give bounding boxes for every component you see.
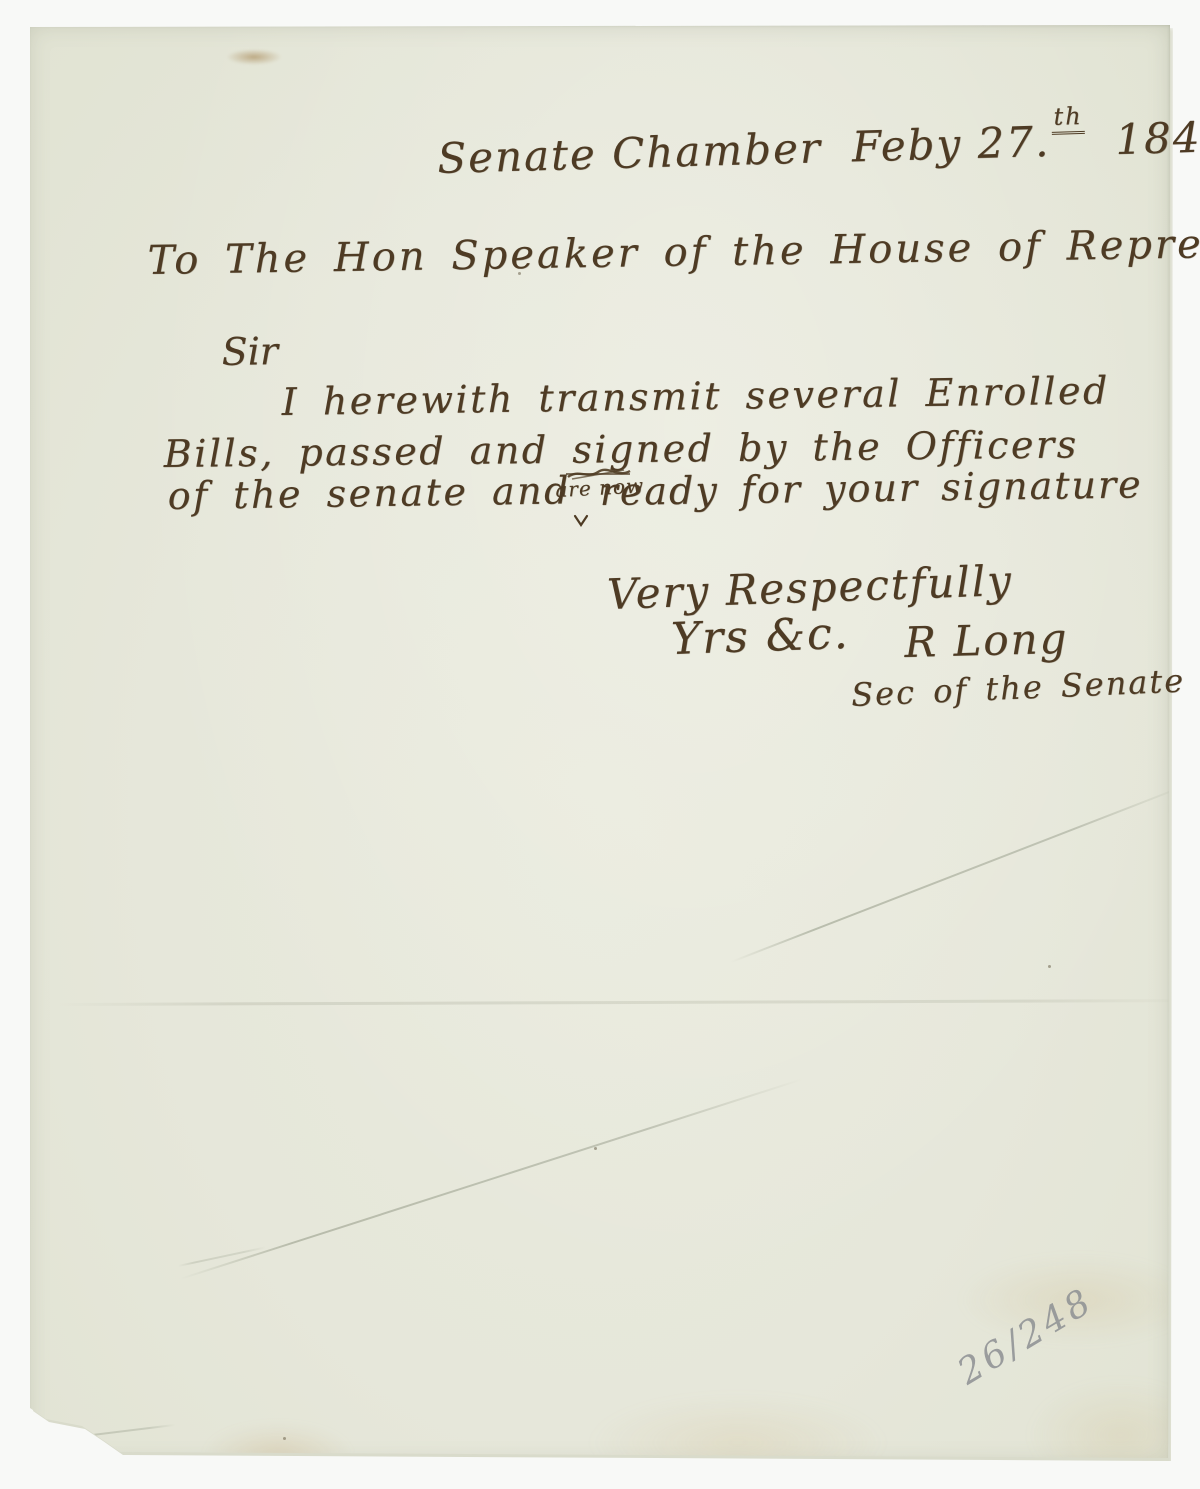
dateline-ordinal: th	[1051, 102, 1085, 135]
dateline-year: 1843	[1115, 112, 1200, 164]
closing-line-2: Yrs &c.	[670, 608, 850, 665]
horizontal-fold-line	[58, 999, 1196, 1006]
ink-speck	[1048, 965, 1051, 968]
ink-speck	[594, 1147, 597, 1150]
signature: R Long	[904, 614, 1069, 667]
ink-speck	[283, 1437, 286, 1440]
scanned-letter-page: { "document": { "dateline": { "place": "…	[0, 0, 1200, 1489]
insertion-caret-icon	[573, 514, 589, 527]
body-line-3-start: of the senate and	[167, 468, 571, 518]
stain-top-edge	[226, 49, 282, 65]
stain-bottom-right-2	[1028, 1380, 1200, 1489]
crease-line-upper	[731, 783, 1190, 963]
body-line-3-end: ready for your signature	[599, 462, 1142, 514]
crease-line-lower	[180, 1078, 803, 1280]
stain-bottom-middle	[588, 1395, 888, 1489]
crease-line-corner	[68, 1424, 175, 1439]
salutation: Sir	[221, 329, 278, 374]
dateline-date: Feby 27.th	[851, 116, 1086, 172]
